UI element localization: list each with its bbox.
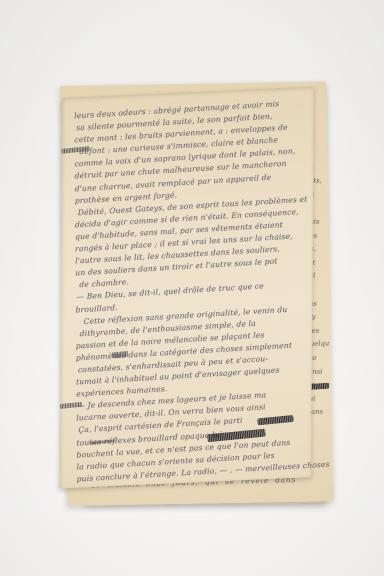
photo-backdrop: t out mots, aut les mais Obs ms, pot mil… — [0, 0, 384, 576]
handwriting-block: leurs deux odeurs : abrégé partannage et… — [62, 83, 316, 488]
manuscript-page-top: leurs deux odeurs : abrégé partannage et… — [59, 87, 313, 489]
